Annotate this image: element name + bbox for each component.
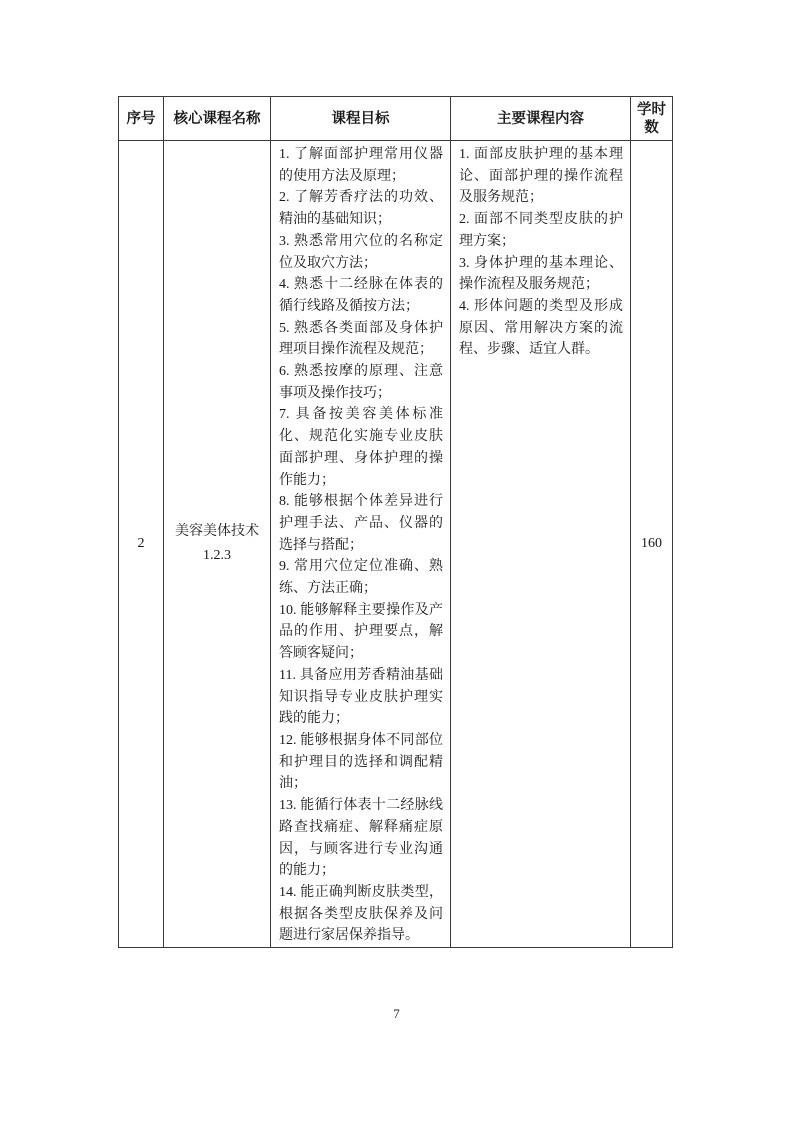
table-header-row: 序号 核心课程名称 课程目标 主要课程内容 学时数 xyxy=(119,97,673,141)
col-header-hours: 学时数 xyxy=(631,97,673,141)
page-number: 7 xyxy=(0,1006,793,1022)
objective-item: 4. 熟悉十二经脉在体表的循行线路及循按方法； xyxy=(279,274,443,317)
cell-course-objectives: 1. 了解面部护理常用仪器的使用方法及原理； 2. 了解芳香疗法的功效、精油的基… xyxy=(271,141,451,948)
course-curriculum-table: 序号 核心课程名称 课程目标 主要课程内容 学时数 2 美容美体技术 1.2.3… xyxy=(118,96,673,948)
cell-row-index: 2 xyxy=(119,141,164,948)
col-header-hours-line1: 学时 xyxy=(637,102,666,118)
col-header-contents: 主要课程内容 xyxy=(451,97,631,141)
objective-item: 13. 能循行体表十二经脉线路查找痛症、解释痛症原因，与顾客进行专业沟通的能力； xyxy=(279,795,443,882)
content-item: 2. 面部不同类型皮肤的护理方案； xyxy=(459,209,623,252)
course-name-text: 美容美体技术 xyxy=(168,520,266,544)
objective-item: 7. 具备按美容美体标准化、规范化实施专业皮肤面部护理、身体护理的操作能力； xyxy=(279,404,443,491)
objective-item: 5. 熟悉各类面部及身体护理项目操作流程及规范； xyxy=(279,318,443,361)
document-page: 序号 核心课程名称 课程目标 主要课程内容 学时数 2 美容美体技术 1.2.3… xyxy=(0,0,793,1122)
cell-course-name: 美容美体技术 1.2.3 xyxy=(164,141,271,948)
objective-item: 3. 熟悉常用穴位的名称定位及取穴方法； xyxy=(279,231,443,274)
objective-item: 2. 了解芳香疗法的功效、精油的基础知识； xyxy=(279,187,443,230)
objective-item: 12. 能够根据身体不同部位和护理目的选择和调配精油； xyxy=(279,730,443,795)
col-header-hours-line2: 数 xyxy=(644,120,659,136)
objective-item: 14. 能正确判断皮肤类型，根据各类型皮肤保养及问题进行家居保养指导。 xyxy=(279,882,443,947)
objective-item: 6. 熟悉按摩的原理、注意事项及操作技巧； xyxy=(279,361,443,404)
content-item: 1. 面部皮肤护理的基本理论、面部护理的操作流程及服务规范； xyxy=(459,144,623,209)
objective-item: 11. 具备应用芳香精油基础知识指导专业皮肤护理实践的能力； xyxy=(279,665,443,730)
cell-course-contents: 1. 面部皮肤护理的基本理论、面部护理的操作流程及服务规范； 2. 面部不同类型… xyxy=(451,141,631,948)
objective-item: 8. 能够根据个体差异进行护理手法、产品、仪器的选择与搭配； xyxy=(279,491,443,556)
objective-item: 1. 了解面部护理常用仪器的使用方法及原理； xyxy=(279,144,443,187)
content-item: 4. 形体问题的类型及形成原因、常用解决方案的流程、步骤、适宜人群。 xyxy=(459,296,623,361)
col-header-objectives: 课程目标 xyxy=(271,97,451,141)
col-header-course-name: 核心课程名称 xyxy=(164,97,271,141)
objective-item: 9. 常用穴位定位准确、熟练、方法正确； xyxy=(279,556,443,599)
content-item: 3. 身体护理的基本理论、操作流程及服务规范； xyxy=(459,253,623,296)
course-name-code: 1.2.3 xyxy=(168,544,266,568)
cell-course-hours: 160 xyxy=(631,141,673,948)
table-row: 2 美容美体技术 1.2.3 1. 了解面部护理常用仪器的使用方法及原理； 2.… xyxy=(119,141,673,948)
col-header-index: 序号 xyxy=(119,97,164,141)
objective-item: 10. 能够解释主要操作及产品的作用、护理要点，解答顾客疑问； xyxy=(279,600,443,665)
